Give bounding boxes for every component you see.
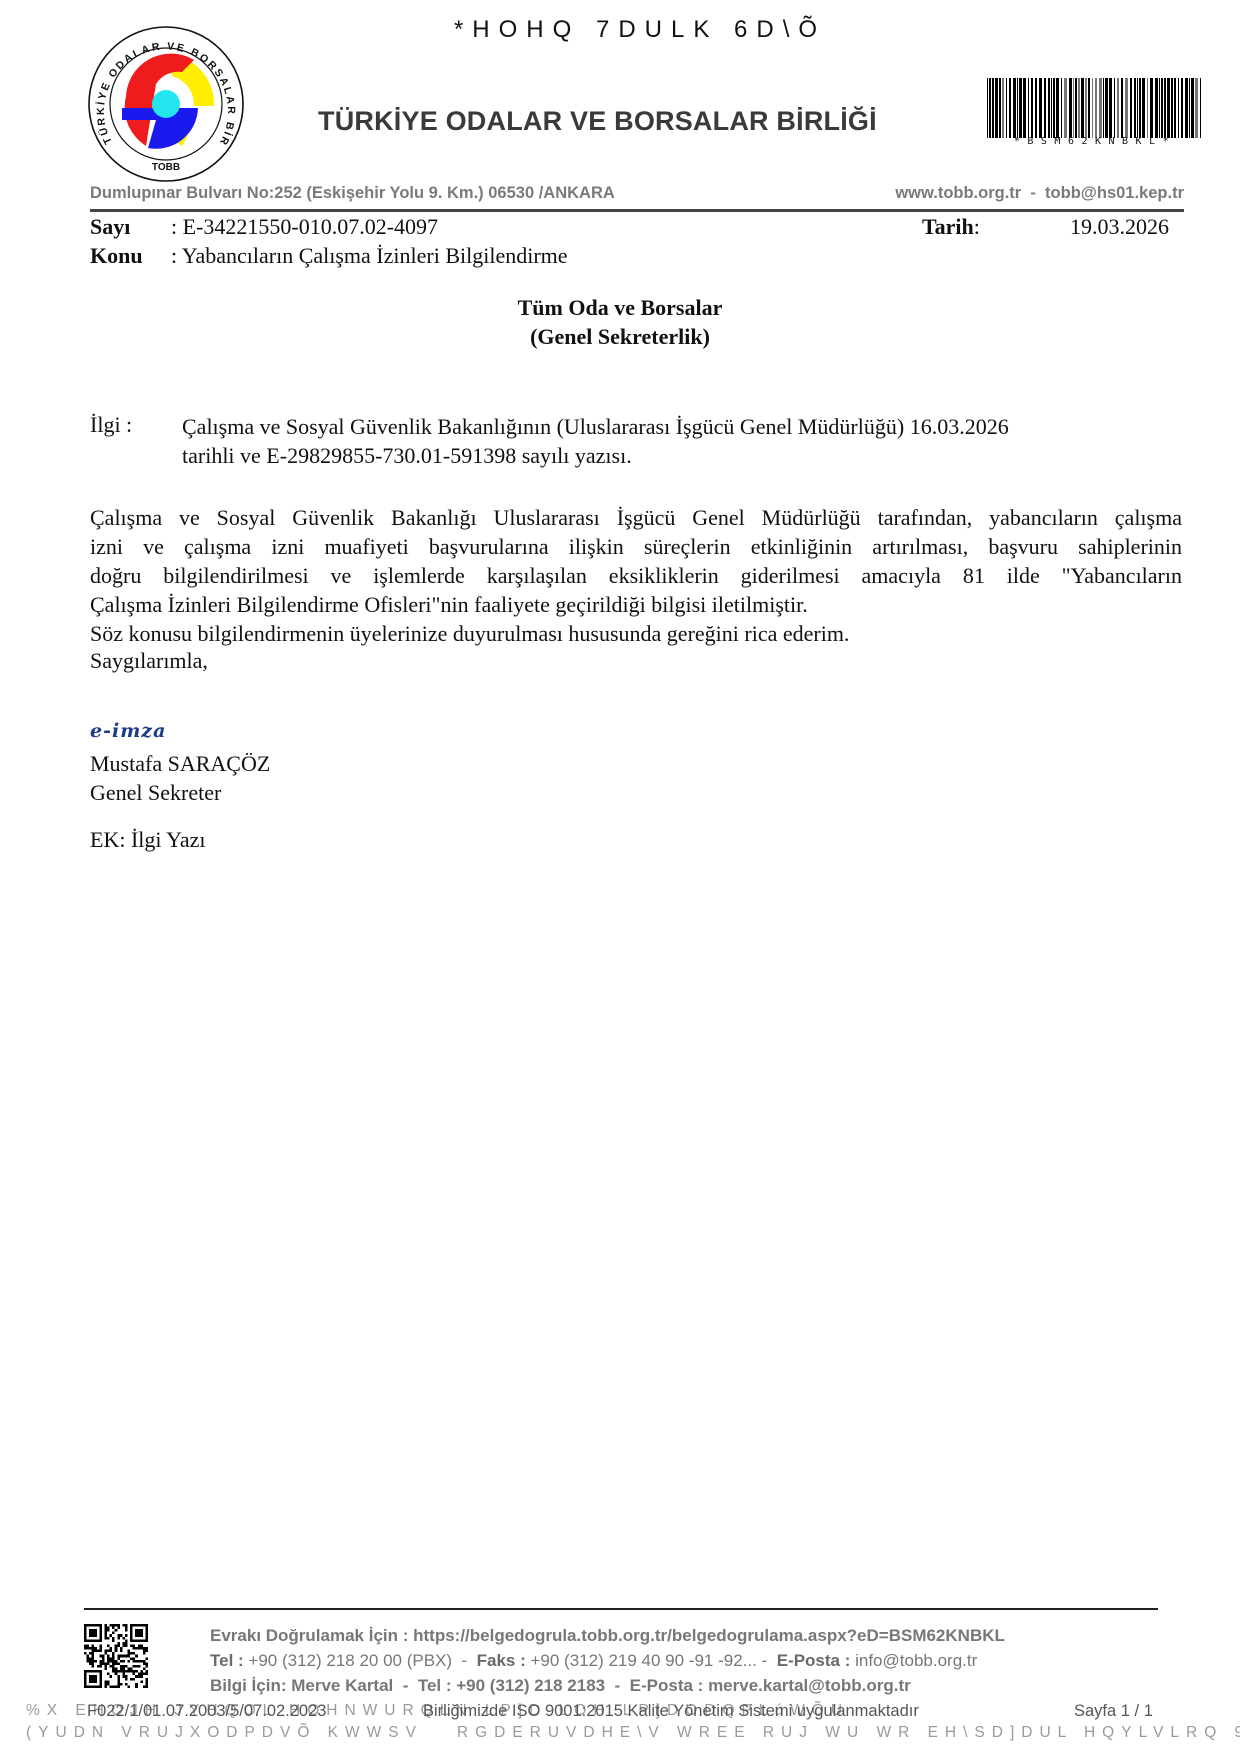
page-number: Sayfa 1 / 1 [1074, 1702, 1153, 1721]
konu-value: : Yabancıların Çalışma İzinleri Bilgilen… [171, 243, 568, 269]
iso-note: Birliğimizde ISO 9001:2015 Kalite Yöneti… [423, 1702, 919, 1721]
sayi-label: Sayı [90, 214, 130, 240]
attachment-note: EK: İlgi Yazı [90, 827, 206, 853]
body-line: Çalışma ve Sosyal Güvenlik Bakanlığı Ulu… [90, 503, 1182, 532]
form-code: F022/1/01.07.2003/5/07.02.2023 [87, 1702, 326, 1721]
footer-divider [84, 1608, 1158, 1610]
ilgi-text: Çalışma ve Sosyal Güvenlik Bakanlığının … [182, 412, 1132, 470]
barcode-text: *BSM62KNBKL* [985, 136, 1205, 147]
signer-title: Genel Sekreter [90, 780, 221, 806]
tarih-value: 19.03.2026 [1070, 214, 1169, 240]
verification-line: Evrakı Doğrulamak İçin : https://belgedo… [210, 1626, 1005, 1646]
ilgi-label: İlgi : [90, 412, 132, 438]
svg-text:TOBB: TOBB [152, 162, 180, 173]
body-line: Söz konusu bilgilendirmenin üyelerinize … [90, 619, 1182, 648]
verification-link[interactable]: https://belgedogrula.tobb.org.tr/belgedo… [408, 1626, 1004, 1645]
website-email[interactable]: www.tobb.org.tr - tobb@hs01.kep.tr [895, 184, 1184, 203]
konu-label: Konu [90, 243, 143, 269]
sayi-value: : E-34221550-010.07.02-4097 [171, 214, 438, 240]
closing: Saygılarımla, [90, 648, 208, 674]
info-contact-line: Bilgi İçin: Merve Kartal - Tel : +90 (31… [210, 1676, 911, 1696]
signer-name: Mustafa SARAÇÖZ [90, 751, 270, 777]
body-line: doğru bilgilendirilmesi ve işlemlerde ka… [90, 561, 1182, 590]
barcode [985, 78, 1205, 138]
tarih-label: Tarih: [922, 214, 980, 240]
recipient-line-2: (Genel Sekreterlik) [0, 324, 1240, 350]
organization-name: TÜRKİYE ODALAR VE BORSALAR BİRLİĞİ [318, 106, 877, 137]
e-signature-mark: e-imza [90, 720, 166, 742]
info-email-link[interactable]: info@tobb.org.tr [850, 1651, 977, 1670]
body-text: Çalışma ve Sosyal Güvenlik Bakanlığı Ulu… [90, 503, 1182, 648]
tobb-logo: TÜRKİYE ODALAR VE BORSALAR BİRLİĞİ TOBB [86, 24, 246, 184]
hidden-text-layer-2: (YUDN VRUJXODPDVÕ KWWSV RGDERUVDHE\V WRE… [26, 1724, 1240, 1742]
qr-code [84, 1624, 148, 1688]
body-line: izni ve çalışma izni muafiyeti başvurula… [90, 532, 1182, 561]
body-line: Çalışma İzinleri Bilgilendirme Ofisleri"… [90, 590, 1182, 619]
recipient-line-1: Tüm Oda ve Borsalar [0, 295, 1240, 321]
header-divider [90, 209, 1184, 212]
address: Dumlupınar Bulvarı No:252 (Eskişehir Yol… [90, 184, 615, 203]
contact-line: Tel : +90 (312) 218 20 00 (PBX) - Faks :… [210, 1651, 977, 1671]
